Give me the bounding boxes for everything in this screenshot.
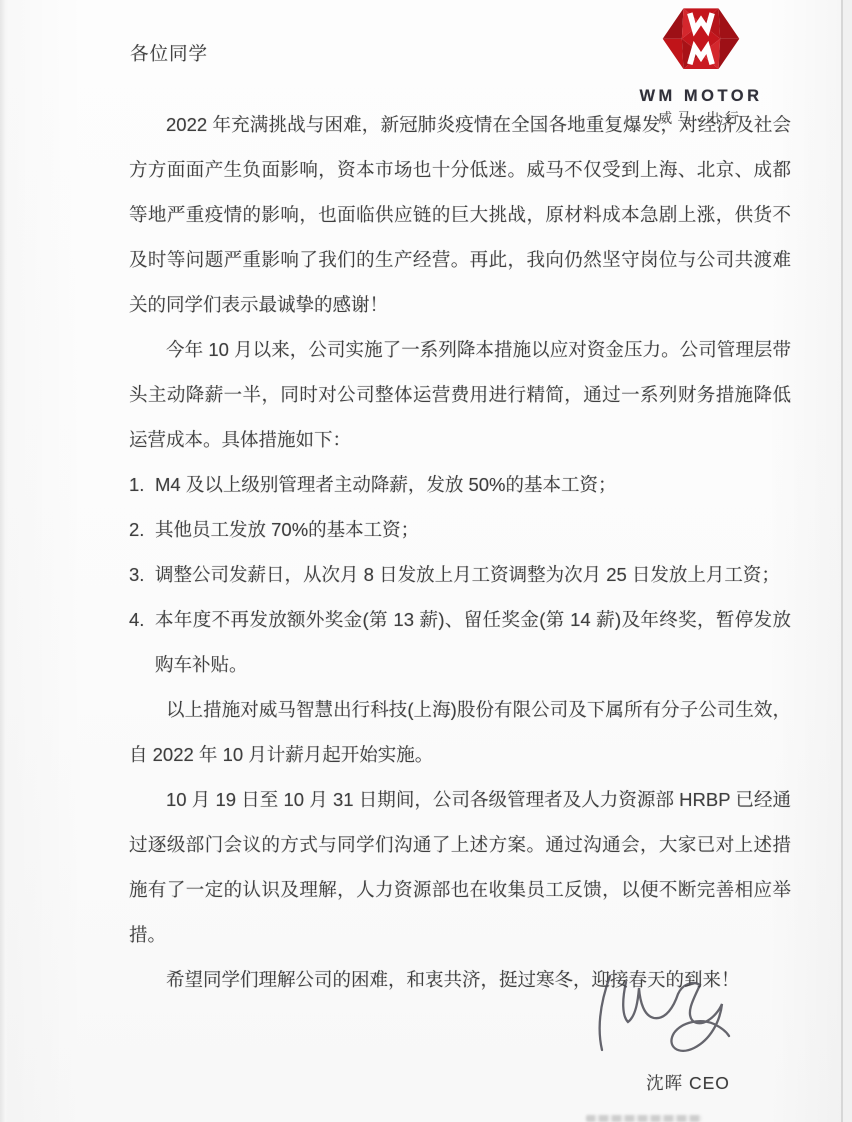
paragraph-intro: 2022 年充满挑战与困难，新冠肺炎疫情在全国各地重复爆发，对经济及社会方方面面… [129, 102, 791, 327]
wm-motor-emblem-icon [653, 2, 749, 85]
list-item-text: 其他员工发放 70%的基本工资； [155, 507, 791, 552]
paragraph-measures-lead: 今年 10 月以来，公司实施了一系列降本措施以应对资金压力。公司管理层带头主动降… [129, 327, 791, 462]
list-item-text: M4 及以上级别管理者主动降薪，发放 50%的基本工资； [155, 462, 791, 507]
signer-name: 沈晖 CEO [613, 1070, 763, 1095]
list-item-number: 1. [129, 462, 155, 507]
letter-body: 2022 年充满挑战与困难，新冠肺炎疫情在全国各地重复爆发，对经济及社会方方面面… [129, 102, 791, 1002]
letter-photo: 各位同学 WM MOTOR 威马·出行 2022 年充满挑战与困难，新冠肺炎疫情… [0, 0, 852, 1122]
paragraph-communication: 10 月 19 日至 10 月 31 日期间，公司各级管理者及人力资源部 HRB… [129, 777, 791, 957]
list-item-number: 3. [129, 552, 155, 597]
paragraph-effective-scope: 以上措施对威马智慧出行科技(上海)股份有限公司及下属所有分子公司生效，自 202… [129, 687, 791, 777]
list-item: 3. 调整公司发薪日，从次月 8 日发放上月工资调整为次月 25 日发放上月工资… [129, 552, 791, 597]
page-left-edge [0, 0, 8, 1122]
page-right-edge [843, 0, 852, 1122]
list-item-number: 2. [129, 507, 155, 552]
list-item: 4. 本年度不再发放额外奖金(第 13 薪)、留任奖金(第 14 薪)及年终奖，… [129, 597, 791, 687]
greeting: 各位同学 [130, 40, 208, 66]
list-item-text: 本年度不再发放额外奖金(第 13 薪)、留任奖金(第 14 薪)及年终奖，暂停发… [155, 597, 791, 687]
handwritten-signature [582, 958, 758, 1070]
list-item: 2. 其他员工发放 70%的基本工资； [129, 507, 791, 552]
list-item: 1. M4 及以上级别管理者主动降薪，发放 50%的基本工资； [129, 462, 791, 507]
list-item-number: 4. [129, 597, 155, 687]
cut-off-text-remnant [586, 1115, 702, 1122]
measures-list: 1. M4 及以上级别管理者主动降薪，发放 50%的基本工资； 2. 其他员工发… [129, 462, 791, 687]
list-item-text: 调整公司发薪日，从次月 8 日发放上月工资调整为次月 25 日发放上月工资； [155, 552, 791, 597]
